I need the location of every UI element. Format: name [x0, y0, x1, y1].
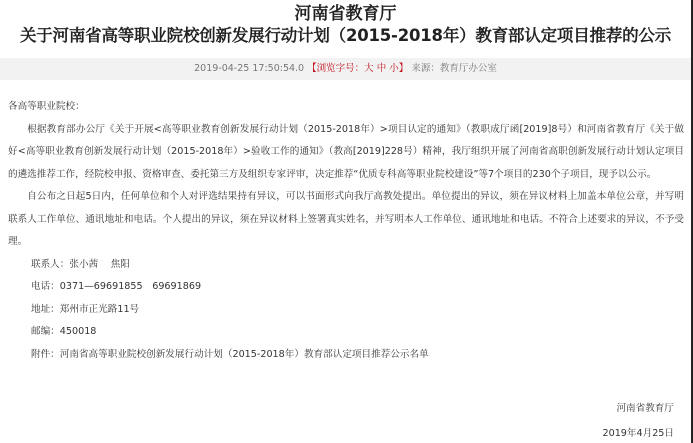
- font-size-large-button[interactable]: 大: [364, 63, 374, 74]
- contact-address: 地址：郑州市正光路11号: [8, 299, 684, 322]
- signature-date: 2019年4月25日: [474, 425, 674, 439]
- page-title: 关于河南省高等职业院校创新发展行动计划（2015-2018年）教育部认定项目推荐…: [0, 25, 691, 47]
- font-size-small-button[interactable]: 小: [389, 63, 399, 74]
- salutation: 各高等职业院校：: [8, 96, 684, 119]
- contact-phone: 电话：0371—69691855 69691869: [8, 276, 684, 299]
- contact-postcode: 邮编：450018: [8, 321, 684, 344]
- font-size-label: 【浏览字号：: [307, 63, 364, 74]
- attachment-link[interactable]: 河南省高等职业院校创新发展行动计划（2015-2018年）教育部认定项目推荐公示…: [60, 349, 429, 360]
- attachment-line: 附件：河南省高等职业院校创新发展行动计划（2015-2018年）教育部认定项目推…: [8, 344, 684, 367]
- paragraph-1: 根据教育部办公厅《关于开展<高等职业教育创新发展行动计划（2015-2018年）…: [8, 119, 684, 187]
- article-body: 各高等职业院校： 根据教育部办公厅《关于开展<高等职业教育创新发展行动计划（20…: [8, 96, 684, 366]
- font-size-switcher: 【浏览字号：大 中 小】: [307, 63, 408, 74]
- org-title: 河南省教育厅: [0, 3, 691, 25]
- source-value: 教育厅办公室: [440, 63, 497, 74]
- source-label: 来源：: [411, 63, 440, 74]
- publish-timestamp: 2019-04-25 17:50:54.0: [194, 63, 304, 74]
- signature-org: 河南省教育厅: [474, 400, 674, 414]
- font-size-bracket: 】: [399, 63, 409, 74]
- article-meta-bar: 2019-04-25 17:50:54.0 【浏览字号：大 中 小】 来源：教育…: [0, 58, 691, 80]
- article-page: 河南省教育厅 关于河南省高等职业院校创新发展行动计划（2015-2018年）教育…: [0, 0, 693, 443]
- contact-person: 联系人：张小茜 焦阳: [8, 254, 684, 277]
- attachment-label: 附件：: [31, 349, 60, 360]
- paragraph-2: 自公布之日起5日内，任何单位和个人对评选结果持有异议，可以书面形式向我厅高教处提…: [8, 186, 684, 254]
- font-size-medium-button[interactable]: 中: [377, 63, 387, 74]
